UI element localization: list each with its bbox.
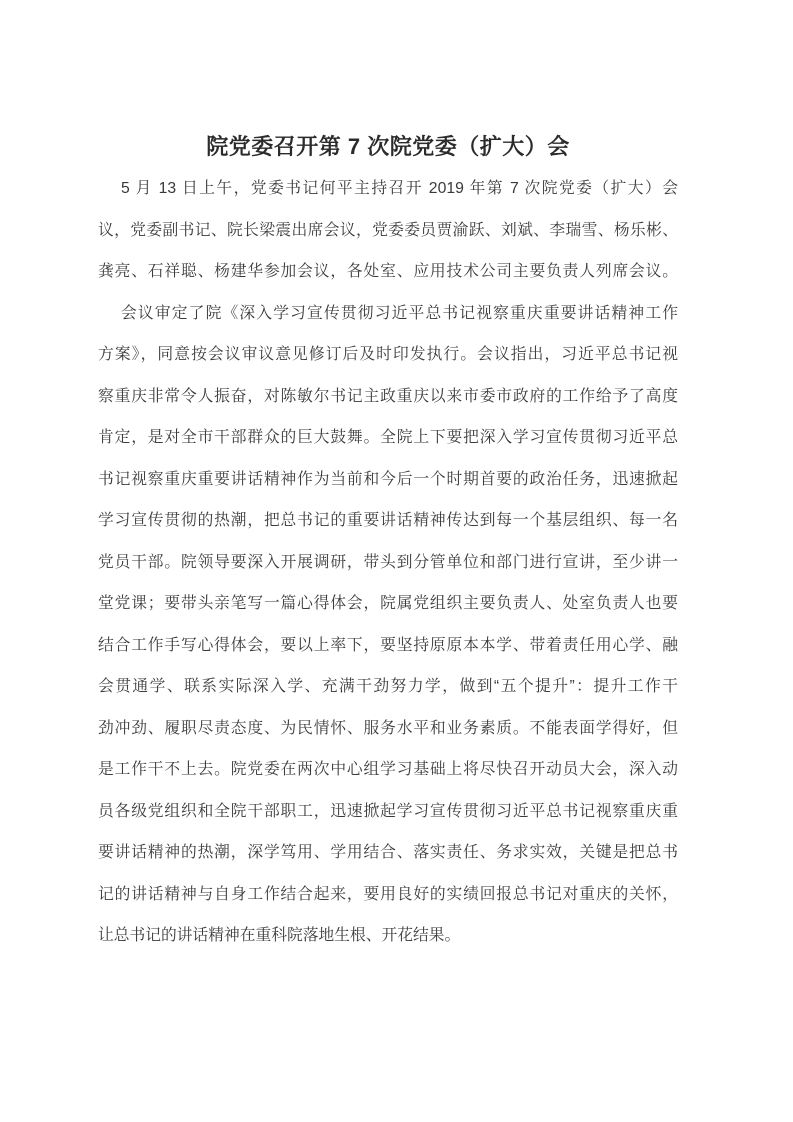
document-line: 员各级党组织和全院干部职工，迅速掀起学习宣传贯彻习近平总书记视察重庆重: [98, 791, 678, 833]
document-line: 是工作干不上去。院党委在两次中心组学习基础上将尽快召开动员大会，深入动: [98, 749, 678, 791]
document-line: 让总书记的讲话精神在重科院落地生根、开花结果。: [98, 915, 678, 957]
document-line: 方案》，同意按会议审议意见修订后及时印发执行。会议指出，习近平总书记视: [98, 334, 678, 376]
document-content: 院党委召开第 7 次院党委（扩大）会 5 月 13 日上午，党委书记何平主持召开…: [98, 126, 678, 957]
document-line: 龚亮、石祥聪、杨建华参加会议，各处室、应用技术公司主要负责人列席会议。: [98, 251, 678, 293]
paragraph-meeting-content: 会议审定了院《深入学习宣传贯彻习近平总书记视察重庆重要讲话精神工作 方案》，同意…: [98, 293, 678, 957]
document-line: 肯定，是对全市干部群众的巨大鼓舞。全院上下要把深入学习宣传贯彻习近平总: [98, 417, 678, 459]
document-line: 5 月 13 日上午，党委书记何平主持召开 2019 年第 7 次院党委（扩大）…: [98, 168, 678, 210]
document-line: 结合工作手写心得体会，要以上率下，要坚持原原本本学、带着责任用心学、融: [98, 625, 678, 667]
document-line: 记的讲话精神与自身工作结合起来，要用良好的实绩回报总书记对重庆的关怀，: [98, 874, 678, 916]
document-line: 学习宣传贯彻的热潮，把总书记的重要讲话精神传达到每一个基层组织、每一名: [98, 500, 678, 542]
paragraph-meeting-attendance: 5 月 13 日上午，党委书记何平主持召开 2019 年第 7 次院党委（扩大）…: [98, 168, 678, 293]
document-line: 议，党委副书记、院长梁震出席会议，党委委员贾渝跃、刘斌、李瑞雪、杨乐彬、: [98, 210, 678, 252]
document-line: 书记视察重庆重要讲话精神作为当前和今后一个时期首要的政治任务，迅速掀起: [98, 459, 678, 501]
document-line: 察重庆非常令人振奋，对陈敏尔书记主政重庆以来市委市政府的工作给予了高度: [98, 376, 678, 418]
document-page: 院党委召开第 7 次院党委（扩大）会 5 月 13 日上午，党委书记何平主持召开…: [0, 0, 793, 1122]
document-line: 堂党课；要带头亲笔写一篇心得体会，院属党组织主要负责人、处室负责人也要: [98, 583, 678, 625]
document-title: 院党委召开第 7 次院党委（扩大）会: [98, 126, 678, 168]
document-line: 会贯通学、联系实际深入学、充满干劲努力学，做到“五个提升”：提升工作干: [98, 666, 678, 708]
document-line: 要讲话精神的热潮，深学笃用、学用结合、落实责任、务求实效，关键是把总书: [98, 832, 678, 874]
document-line: 党员干部。院领导要深入开展调研，带头到分管单位和部门进行宣讲，至少讲一: [98, 542, 678, 584]
document-line: 会议审定了院《深入学习宣传贯彻习近平总书记视察重庆重要讲话精神工作: [98, 293, 678, 335]
document-line: 劲冲劲、履职尽责态度、为民情怀、服务水平和业务素质。不能表面学得好，但: [98, 708, 678, 750]
